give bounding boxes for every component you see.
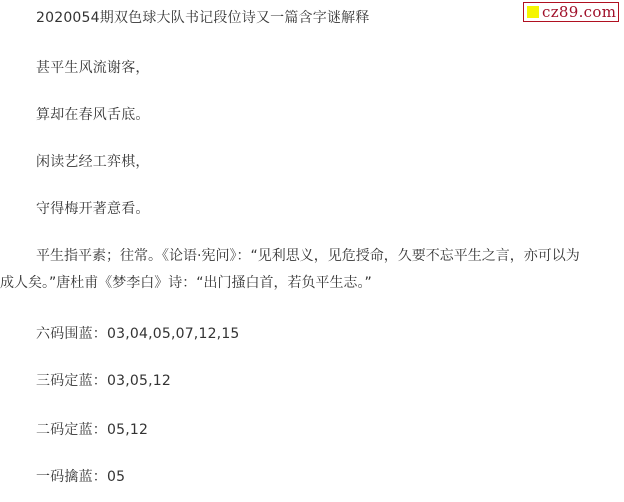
prediction-label: 三码定蓝： xyxy=(36,373,107,389)
poem-line-1: 甚平生风流谢客， xyxy=(36,58,150,78)
article-title: 2020054期双色球大队书记段位诗又一篇含字谜解释 xyxy=(36,8,370,28)
yellow-square-icon xyxy=(527,6,539,18)
prediction-two-blue: 二码定蓝：05,12 xyxy=(36,420,148,440)
prediction-label: 一码擒蓝： xyxy=(36,469,107,485)
prediction-label: 二码定蓝： xyxy=(36,422,107,438)
prediction-value: 03,04,05,07,12,15 xyxy=(107,326,240,342)
prediction-value: 05,12 xyxy=(107,422,148,438)
poem-line-4: 守得梅开著意看。 xyxy=(36,199,150,219)
prediction-value: 03,05,12 xyxy=(107,373,171,389)
explanation-paragraph: 平生指平素；往常。《论语·宪问》：“见利思义，见危授命，久要不忘平生之言，亦可以… xyxy=(0,243,620,297)
poem-line-2: 算却在春风舌底。 xyxy=(36,105,150,125)
prediction-label: 六码围蓝： xyxy=(36,326,107,342)
explanation-line-1: 平生指平素；往常。《论语·宪问》：“见利思义，见危授命，久要不忘平生之言，亦可以… xyxy=(0,243,620,270)
explanation-line-2: 成人矣。”唐杜甫《梦李白》诗：“出门搔白首，若负平生志。” xyxy=(0,270,620,297)
prediction-three-blue: 三码定蓝：03,05,12 xyxy=(36,371,171,391)
poem-line-3: 闲读艺经工弈棋， xyxy=(36,152,150,172)
prediction-six-blue: 六码围蓝：03,04,05,07,12,15 xyxy=(36,324,240,344)
prediction-one-blue: 一码擒蓝：05 xyxy=(36,467,125,487)
prediction-value: 05 xyxy=(107,469,125,485)
watermark-text: cz89.com xyxy=(542,3,616,21)
site-watermark: cz89.com xyxy=(523,2,619,22)
